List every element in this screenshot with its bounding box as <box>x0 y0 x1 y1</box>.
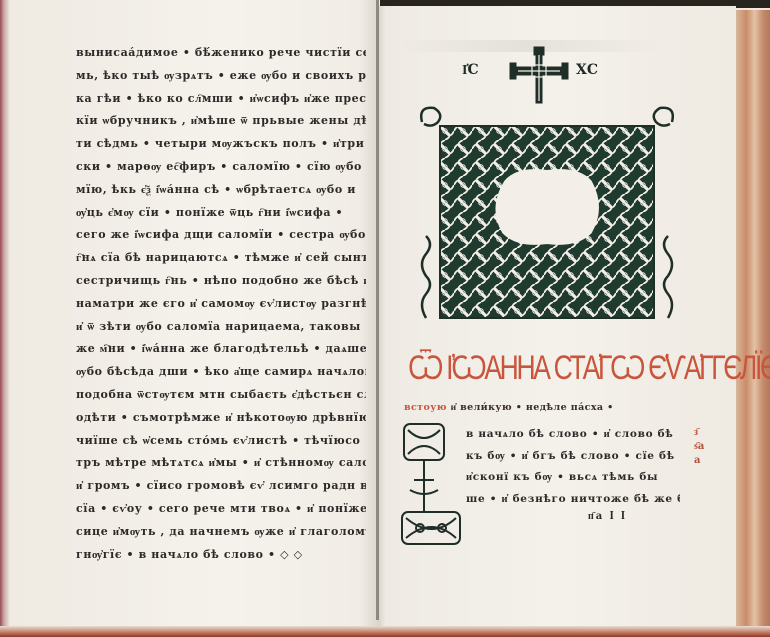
margin-note: з҃ѕ҃аа <box>694 426 704 468</box>
page-signature: п҃а ӏ ӏ <box>588 511 627 522</box>
monogram-xc: ХС <box>576 62 598 78</box>
gospel-title: Ѿ І҆ѠАННА СТА҆ГѠ Є҆ѴА҆ГГЄЛЇЄ <box>408 340 617 396</box>
margin-note-line: ѕ҃а <box>694 440 704 454</box>
book-bottom-edge <box>0 626 770 637</box>
decorated-initial-v <box>398 420 464 546</box>
text-line: одѣти • съмотрѣмже и҆ нѣкотоѹю дрѣвнїю с <box>76 407 366 430</box>
text-line: г҇нѧ сїа бѣ нарицаютсѧ • тѣмже и҆ сей сы… <box>76 247 366 270</box>
text-line: ѹбо бѣсѣда дши • ѣко а҆ще самирѧ начѧлом… <box>76 361 366 384</box>
subtitle-red: встоую <box>404 402 447 413</box>
text-line: сего же і҆ѡсифа дщи саломїи • сестра ѹбо <box>76 224 366 247</box>
text-line: же м҇ни • і҆ѡа́нна же благодѣтельѣ • даѧ… <box>76 338 366 361</box>
gospel-text: в начѧло бѣ слово • и҆ слово бѣкъ бѹ • и… <box>466 424 680 510</box>
margin-note-line: а <box>694 454 704 468</box>
text-line: сестричищь г҇нь • нѣпо подобно же бѣсѣ и… <box>76 270 366 293</box>
text-line: ка гѣи • ѣко ко сл҇мши • и҆ѡсифъ и҆же пр… <box>76 88 366 111</box>
text-line: вынисаа́димое • бѣ́женико рече чистїи се… <box>76 42 366 65</box>
open-book: вынисаа́димое • бѣ́женико рече чистїи се… <box>0 0 770 637</box>
text-line: сице и҆мѹть , да начнемъ ѹже и҆ глаголом… <box>76 521 366 544</box>
book-gutter <box>376 0 379 620</box>
text-line: мїю, ѣкь є҆ѯ і҆ѡа́нна сѣ • ѡбрѣтаетсѧ ѹб… <box>76 179 366 202</box>
text-line: ѹ҆ць є҆мѹ сїи • понїже ѿць г҇ни і҆ѡсифа … <box>76 202 366 225</box>
text-line: и҆ громъ • сїисо громовѣ єѵ҆ лсимго радн… <box>76 475 366 498</box>
text-line: наматри же єго и҆ самомѹ єѵ҆листѹ разгнѣ… <box>76 293 366 316</box>
text-line: ти сѣдмь • четыри мѹжъскъ полъ • и҆три ж… <box>76 133 366 156</box>
text-line: и҆сконї къ бѹ • вьсѧ тѣмь бы <box>466 467 680 489</box>
text-line: в начѧло бѣ слово • и҆ слово бѣ <box>466 424 680 446</box>
page-fore-edge <box>736 10 770 637</box>
text-line: подобна ѿстѹтєм мтн сыбаєть є҆дѣстьєн сл… <box>76 384 366 407</box>
text-line: тръ мѣтре мѣтѧтсѧ и҆мы • и҆ стѣнномѹ сал… <box>76 452 366 475</box>
text-line: чиїше сѣ ѡ҆семь сто́мь єѵ҆листѣ • тѣчїюс… <box>76 430 366 453</box>
subtitle-black: и҆ вели́кую • недѣле па́сха • <box>451 402 614 413</box>
gospel-subtitle: встоую и҆ вели́кую • недѣле па́сха • <box>404 402 614 413</box>
left-page: вынисаа́димое • бѣ́женико рече чистїи се… <box>0 0 378 630</box>
monogram-ic: І҆С <box>462 62 479 79</box>
preface-text: вынисаа́димое • бѣ́женико рече чистїи се… <box>76 42 366 566</box>
text-line: къ бѹ • и҆ бгъ бѣ слово • сїе бѣ <box>466 446 680 468</box>
ornamental-cross-icon <box>508 45 570 107</box>
text-line: ше • и҆ безнѣго ничтоже бѣ же бы • <box>466 489 680 511</box>
text-line: сїа • єѵ҆оу • сего рече мти твоѧ • и҆ по… <box>76 498 366 521</box>
text-line: кїи ѡбручникъ , и҆мѣше ѿ прьвые жены дѣ <box>76 110 366 133</box>
margin-note-line: з҃ <box>694 426 704 440</box>
text-line: ски • марѳѹ ес҇фиръ • саломїю • сїю ѹбо … <box>76 156 366 179</box>
text-line: и҆ ѿ зѣти ѹбо саломїа нарицаема, таковы <box>76 316 366 339</box>
text-line: мь, ѣко тыѣ ѹзрѧтъ • еже ѹбо и своихъ ро <box>76 65 366 88</box>
knotwork-headpiece <box>418 104 676 320</box>
text-line: гнѹ҆гїє • в начѧло бѣ слово • ◇ ◇ <box>76 544 366 567</box>
